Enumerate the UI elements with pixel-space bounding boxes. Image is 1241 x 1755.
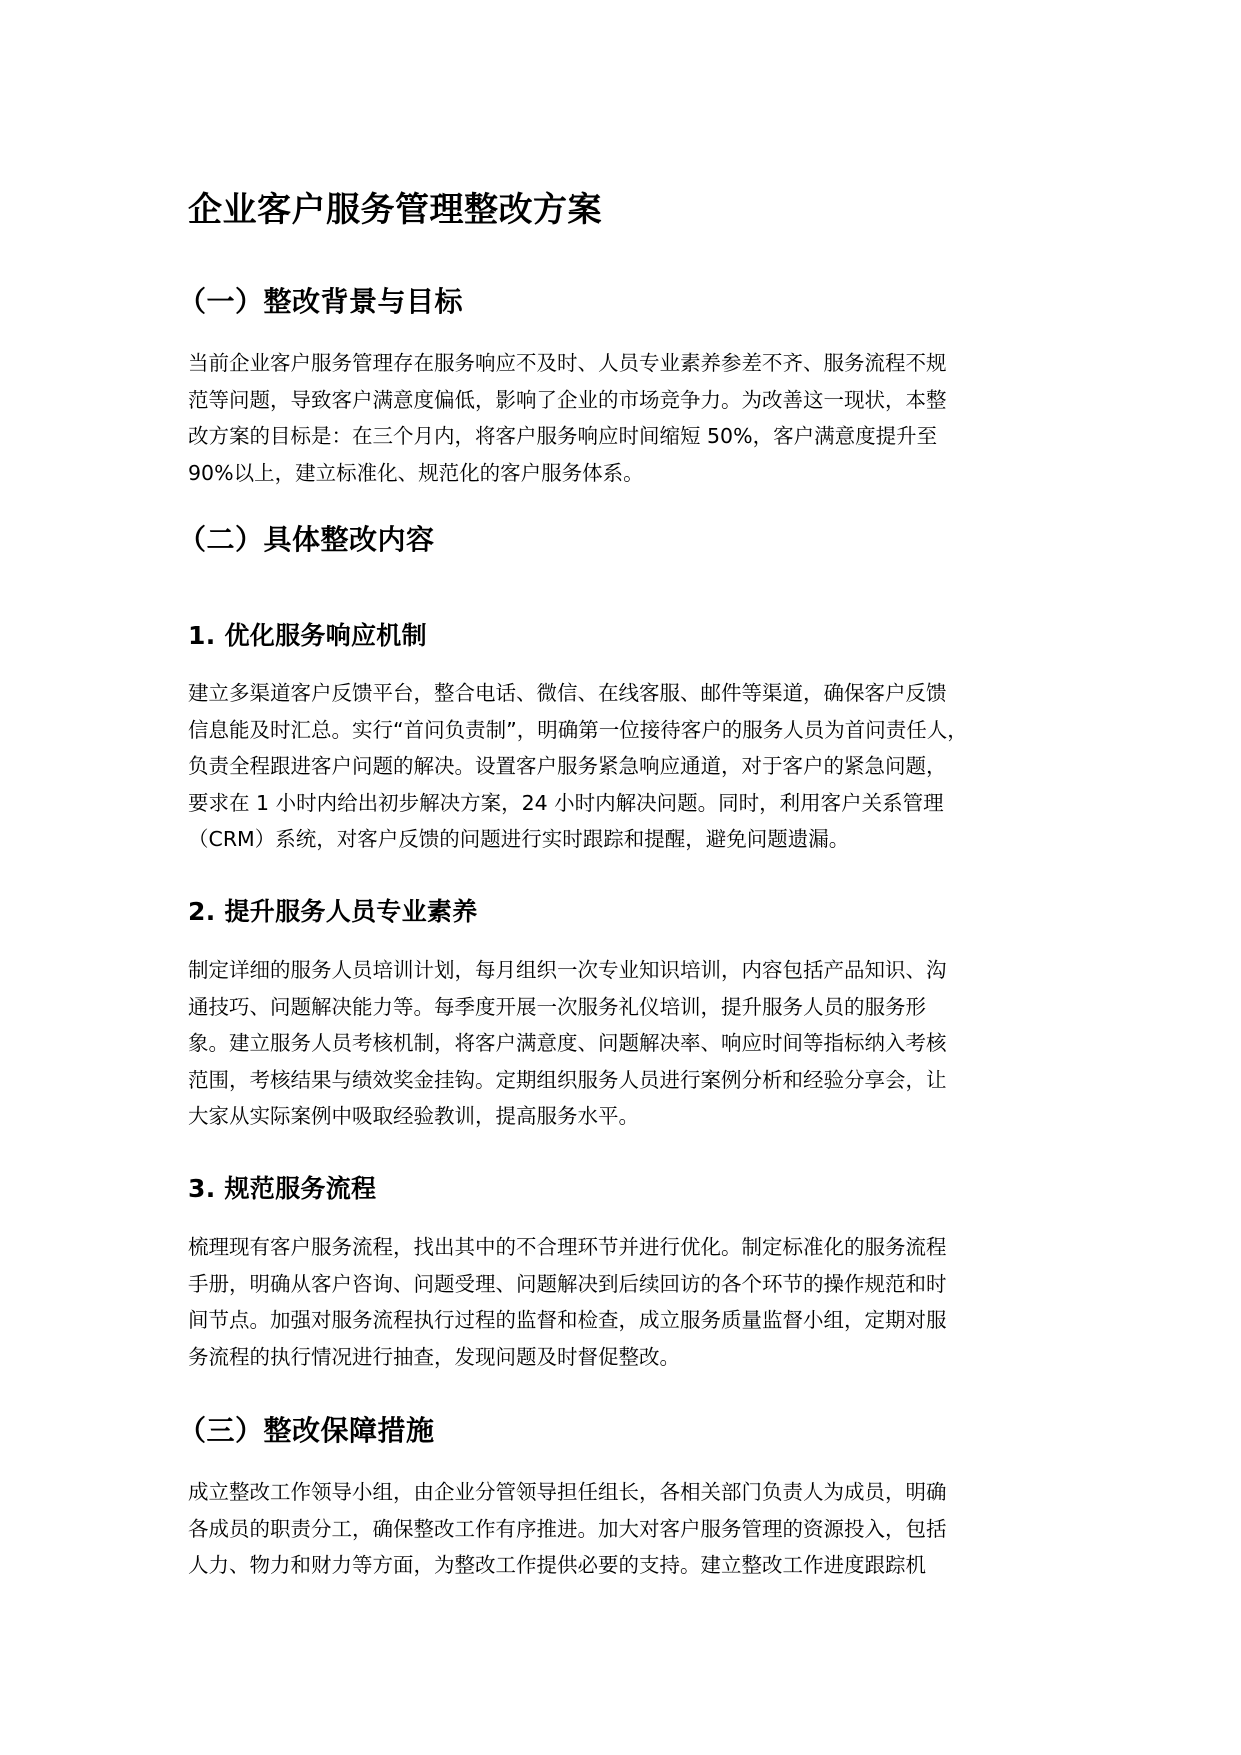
paragraph-line: 各成员的职责分工，确保整改工作有序推进。加大对客户服务管理的资源投入，包括 [188, 1511, 1048, 1548]
paragraph-line: 人力、物力和财力等方面，为整改工作提供必要的支持。建立整改工作进度跟踪机 [188, 1547, 1048, 1584]
paragraph-line: 改方案的目标是：在三个月内，将客户服务响应时间缩短 50%，客户满意度提升至 [188, 418, 1048, 455]
paragraph-line: 信息能及时汇总。实行“首问负责制”，明确第一位接待客户的服务人员为首问责任人， [188, 712, 1048, 749]
section-heading-specific-content: （二）具体整改内容 [178, 523, 435, 557]
paragraph-line: 制定详细的服务人员培训计划，每月组织一次专业知识培训，内容包括产品知识、沟 [188, 952, 1048, 989]
document-title: 企业客户服务管理整改方案 [188, 190, 602, 230]
subsection-heading-staff-quality: 2. 提升服务人员专业素养 [188, 897, 478, 927]
subsection-paragraph-response-mechanism: 建立多渠道客户反馈平台，整合电话、微信、在线客服、邮件等渠道，确保客户反馈 信息… [188, 675, 1048, 858]
paragraph-line: 象。建立服务人员考核机制，将客户满意度、问题解决率、响应时间等指标纳入考核 [188, 1025, 1048, 1062]
paragraph-line: （CRM）系统，对客户反馈的问题进行实时跟踪和提醒，避免问题遗漏。 [188, 821, 1048, 858]
paragraph-line: 建立多渠道客户反馈平台，整合电话、微信、在线客服、邮件等渠道，确保客户反馈 [188, 675, 1048, 712]
paragraph-line: 梳理现有客户服务流程，找出其中的不合理环节并进行优化。制定标准化的服务流程 [188, 1229, 1048, 1266]
paragraph-line: 90%以上，建立标准化、规范化的客户服务体系。 [188, 455, 1048, 492]
paragraph-line: 务流程的执行情况进行抽查，发现问题及时督促整改。 [188, 1339, 1048, 1376]
paragraph-line: 负责全程跟进客户问题的解决。设置客户服务紧急响应通道，对于客户的紧急问题， [188, 748, 1048, 785]
paragraph-line: 大家从实际案例中吸取经验教训，提高服务水平。 [188, 1098, 1048, 1135]
subsection-paragraph-staff-quality: 制定详细的服务人员培训计划，每月组织一次专业知识培训，内容包括产品知识、沟 通技… [188, 952, 1048, 1135]
section-paragraph-safeguard-measures: 成立整改工作领导小组，由企业分管领导担任组长，各相关部门负责人为成员，明确 各成… [188, 1474, 1048, 1584]
subsection-heading-service-process: 3. 规范服务流程 [188, 1174, 376, 1204]
paragraph-line: 当前企业客户服务管理存在服务响应不及时、人员专业素养参差不齐、服务流程不规 [188, 345, 1048, 382]
section-paragraph-background-goals: 当前企业客户服务管理存在服务响应不及时、人员专业素养参差不齐、服务流程不规 范等… [188, 345, 1048, 491]
paragraph-line: 范围，考核结果与绩效奖金挂钩。定期组织服务人员进行案例分析和经验分享会，让 [188, 1062, 1048, 1099]
paragraph-line: 成立整改工作领导小组，由企业分管领导担任组长，各相关部门负责人为成员，明确 [188, 1474, 1048, 1511]
paragraph-line: 间节点。加强对服务流程执行过程的监督和检查，成立服务质量监督小组，定期对服 [188, 1302, 1048, 1339]
paragraph-line: 要求在 1 小时内给出初步解决方案，24 小时内解决问题。同时，利用客户关系管理 [188, 785, 1048, 822]
subsection-paragraph-service-process: 梳理现有客户服务流程，找出其中的不合理环节并进行优化。制定标准化的服务流程 手册… [188, 1229, 1048, 1375]
paragraph-line: 范等问题，导致客户满意度偏低，影响了企业的市场竞争力。为改善这一现状，本整 [188, 382, 1048, 419]
section-heading-safeguard-measures: （三）整改保障措施 [178, 1414, 435, 1448]
paragraph-line: 通技巧、问题解决能力等。每季度开展一次服务礼仪培训，提升服务人员的服务形 [188, 989, 1048, 1026]
section-heading-background-goals: （一）整改背景与目标 [178, 285, 463, 319]
subsection-heading-response-mechanism: 1. 优化服务响应机制 [188, 621, 427, 651]
paragraph-line: 手册，明确从客户咨询、问题受理、问题解决到后续回访的各个环节的操作规范和时 [188, 1266, 1048, 1303]
